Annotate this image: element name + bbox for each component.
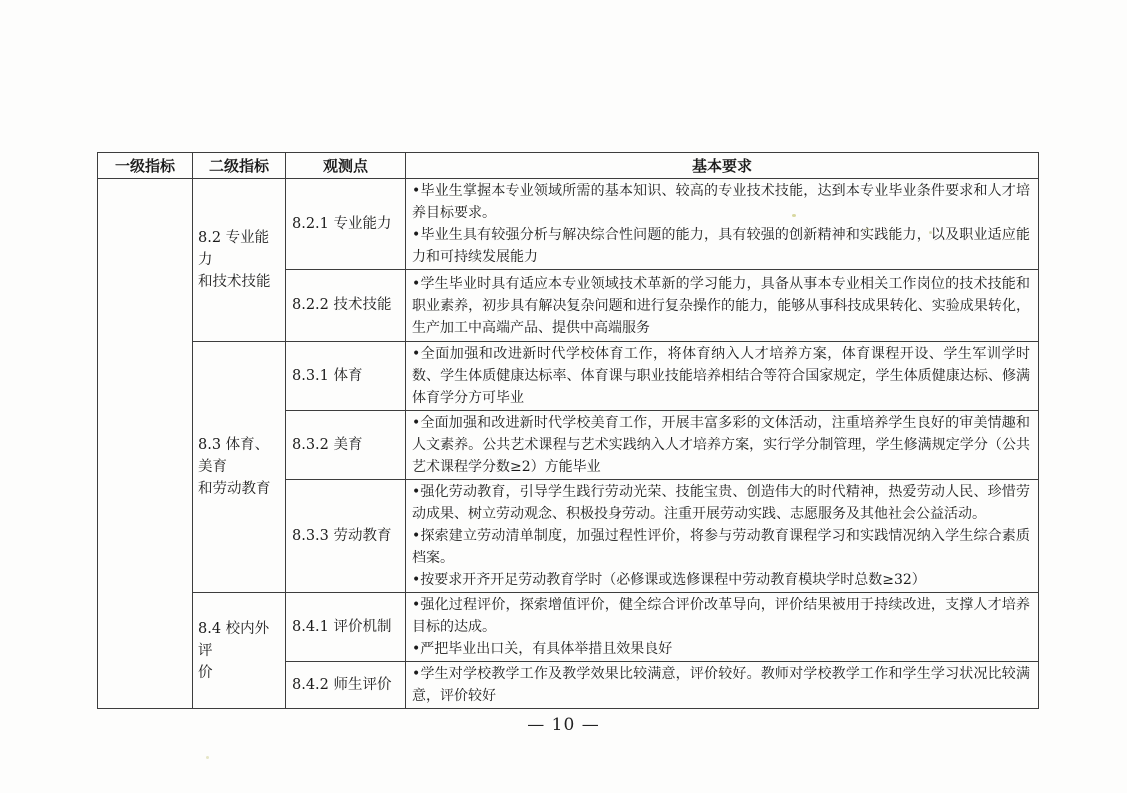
primary-indicator-cell bbox=[98, 179, 193, 709]
observation-point-8-4-1: 8.4.1 评价机制 bbox=[286, 593, 406, 662]
requirement-item: •毕业生具有较强分析与解决综合性问题的能力，具有较强的创新精神和实践能力，以及职… bbox=[412, 224, 1030, 268]
requirements-cell-8-2-2: •学生毕业时具有适应本专业领域技术革新的学习能力，具备从事本专业相关工作岗位的技… bbox=[406, 270, 1039, 342]
header-observation-point: 观测点 bbox=[286, 153, 406, 179]
header-secondary-indicator: 二级指标 bbox=[193, 153, 286, 179]
page-number: — 10 — bbox=[0, 715, 1127, 735]
observation-point-8-3-3: 8.3.3 劳动教育 bbox=[286, 480, 406, 593]
observation-point-8-3-1: 8.3.1 体育 bbox=[286, 342, 406, 411]
scan-artifact bbox=[792, 214, 796, 217]
requirements-cell-8-4-1: •强化过程评价，探索增值评价，健全综合评价改革导向，评价结果被用于持续改进，支撑… bbox=[406, 593, 1039, 662]
header-basic-requirements: 基本要求 bbox=[406, 153, 1039, 179]
table-row: 8.2 专业能力 和技术技能 8.2.1 专业能力 •毕业生掌握本专业领域所需的… bbox=[98, 179, 1039, 270]
scan-artifact bbox=[206, 756, 209, 759]
observation-point-8-2-1: 8.2.1 专业能力 bbox=[286, 179, 406, 270]
observation-point-8-3-2: 8.3.2 美育 bbox=[286, 411, 406, 480]
observation-point-8-4-2: 8.4.2 师生评价 bbox=[286, 662, 406, 709]
requirement-item: •强化过程评价，探索增值评价，健全综合评价改革导向，评价结果被用于持续改进，支撑… bbox=[412, 594, 1030, 638]
requirement-item: •按要求开齐开足劳动教育学时（必修课或选修课程中劳动教育模块学时总数≥32） bbox=[412, 569, 1030, 591]
requirements-cell-8-3-2: •全面加强和改进新时代学校美育工作，开展丰富多彩的文体活动，注重培养学生良好的审… bbox=[406, 411, 1039, 480]
requirement-item: •全面加强和改进新时代学校体育工作，将体育纳入人才培养方案，体育课程开设、学生军… bbox=[412, 343, 1030, 409]
secondary-indicator-8-4: 8.4 校内外评 价 bbox=[193, 593, 286, 709]
scan-artifact bbox=[866, 228, 869, 230]
observation-point-8-2-2: 8.2.2 技术技能 bbox=[286, 270, 406, 342]
secondary-indicator-8-3: 8.3 体育、美育 和劳动教育 bbox=[193, 342, 286, 593]
scan-artifact bbox=[929, 231, 932, 234]
requirement-item: •探索建立劳动清单制度，加强过程性评价，将参与劳动教育课程学习和实践情况纳入学生… bbox=[412, 525, 1030, 569]
header-primary-indicator: 一级指标 bbox=[98, 153, 193, 179]
secondary-indicator-8-2: 8.2 专业能力 和技术技能 bbox=[193, 179, 286, 342]
table-row: 8.4 校内外评 价 8.4.1 评价机制 •强化过程评价，探索增值评价，健全综… bbox=[98, 593, 1039, 662]
requirement-item: •强化劳动教育，引导学生践行劳动光荣、技能宝贵、创造伟大的时代精神，热爱劳动人民… bbox=[412, 481, 1030, 525]
requirement-item: •全面加强和改进新时代学校美育工作，开展丰富多彩的文体活动，注重培养学生良好的审… bbox=[412, 412, 1030, 478]
requirement-item: •毕业生掌握本专业领域所需的基本知识、较高的专业技术技能，达到本专业毕业条件要求… bbox=[412, 180, 1030, 224]
requirements-cell-8-2-1: •毕业生掌握本专业领域所需的基本知识、较高的专业技术技能，达到本专业毕业条件要求… bbox=[406, 179, 1039, 270]
requirements-cell-8-3-3: •强化劳动教育，引导学生践行劳动光荣、技能宝贵、创造伟大的时代精神，热爱劳动人民… bbox=[406, 480, 1039, 593]
scanned-document-page: 一级指标 二级指标 观测点 基本要求 8.2 专业能力 和技术技能 8.2.1 … bbox=[0, 0, 1127, 793]
table-header-row: 一级指标 二级指标 观测点 基本要求 bbox=[98, 153, 1039, 179]
table-row: 8.3 体育、美育 和劳动教育 8.3.1 体育 •全面加强和改进新时代学校体育… bbox=[98, 342, 1039, 411]
requirements-cell-8-3-1: •全面加强和改进新时代学校体育工作，将体育纳入人才培养方案，体育课程开设、学生军… bbox=[406, 342, 1039, 411]
requirement-item: •严把毕业出口关，有具体举措且效果良好 bbox=[412, 638, 1030, 660]
requirement-item: •学生毕业时具有适应本专业领域技术革新的学习能力，具备从事本专业相关工作岗位的技… bbox=[412, 273, 1030, 339]
requirements-cell-8-4-2: •学生对学校教学工作及教学效果比较满意，评价较好。教师对学校教学工作和学生学习状… bbox=[406, 662, 1039, 709]
requirement-item: •学生对学校教学工作及教学效果比较满意，评价较好。教师对学校教学工作和学生学习状… bbox=[412, 663, 1030, 707]
indicator-table: 一级指标 二级指标 观测点 基本要求 8.2 专业能力 和技术技能 8.2.1 … bbox=[97, 152, 1039, 709]
